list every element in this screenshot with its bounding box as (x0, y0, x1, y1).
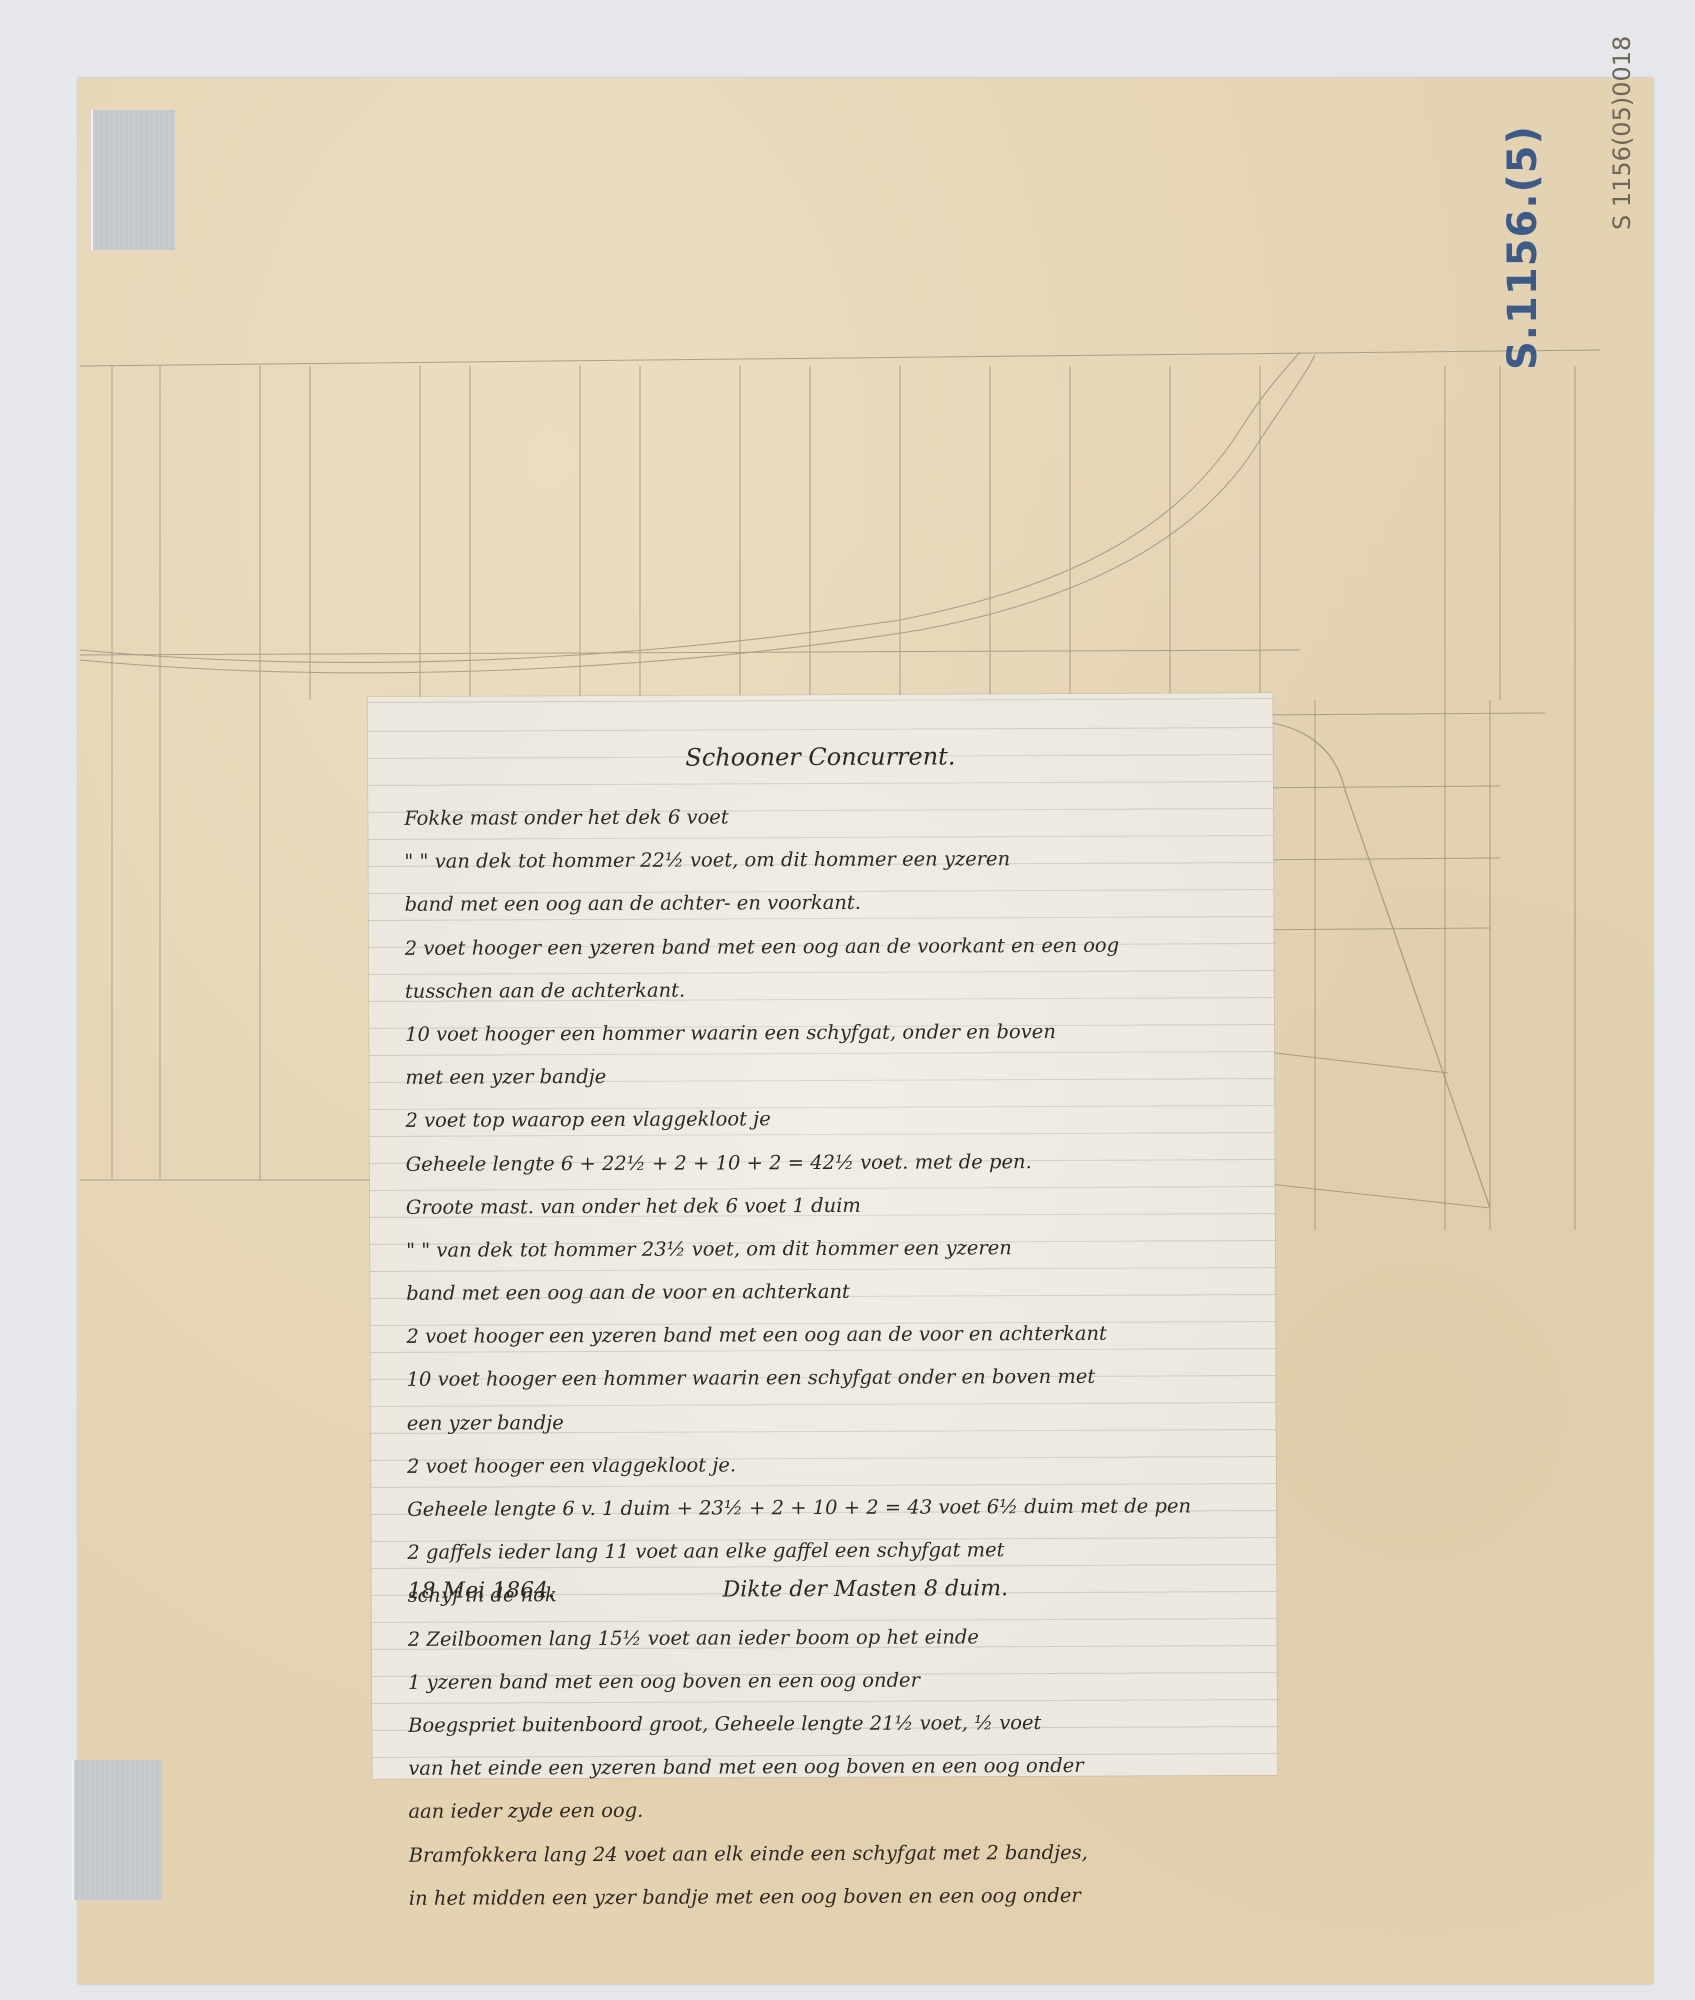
note-line: Geheele lengte 6 + 22½ + 2 + 10 + 2 = 42… (406, 1139, 1251, 1186)
note-line: Groote mast. van onder het dek 6 voet 1 … (406, 1182, 1251, 1229)
note-line: 2 voet top waarop een vlaggekloot je (405, 1095, 1250, 1142)
note-line: 10 voet hooger een hommer waarin een sch… (407, 1355, 1252, 1402)
note-line: van het einde een yzeren band met een oo… (408, 1743, 1253, 1790)
note-body: Fokke mast onder het dek 6 voet " " van … (404, 793, 1254, 1920)
note-line: tusschen aan de achterkant. (405, 966, 1250, 1013)
pasted-handwritten-note: Schooner Concurrent. Fokke mast onder he… (368, 693, 1278, 1779)
note-line: 1 yzeren band met een oog boven en een o… (408, 1657, 1253, 1704)
note-title: Schooner Concurrent. (368, 741, 1273, 773)
note-line: een yzer bandje (407, 1398, 1252, 1445)
catalog-number-blue: S.1156.(5) (1500, 125, 1546, 370)
note-line: 10 voet hooger een hommer waarin een sch… (405, 1009, 1250, 1056)
note-line: band met een oog aan de voor en achterka… (406, 1268, 1251, 1315)
note-line: in het midden een yzer bandje met een oo… (409, 1873, 1254, 1920)
conservation-tape-bottom (72, 1760, 162, 1900)
note-line: band met een oog aan de achter- en voork… (404, 880, 1249, 927)
note-line: Bramfokkera lang 24 voet aan elk einde e… (409, 1830, 1254, 1877)
note-line: Boegspriet buitenboord groot, Geheele le… (408, 1700, 1253, 1747)
mast-thickness-note: Dikte der Masten 8 duim. (722, 1576, 1008, 1602)
note-line: 2 gaffels ieder lang 11 voet aan elke ga… (407, 1527, 1252, 1574)
note-line: aan ieder zyde een oog. (408, 1786, 1253, 1833)
note-line: " " van dek tot hommer 22½ voet, om dit … (404, 836, 1249, 883)
note-footer: 18 Mei 1864. Dikte der Masten 8 duim. (407, 1575, 1252, 1619)
note-line: Fokke mast onder het dek 6 voet (404, 793, 1249, 840)
catalog-number-pencil: S 1156(05)0018 (1608, 36, 1636, 230)
note-line: 2 Zeilboomen lang 15½ voet aan ieder boo… (408, 1614, 1253, 1661)
catalog-mark-blue: S.1156.(5) (1460, 170, 1610, 370)
note-line: Geheele lengte 6 v. 1 duim + 23½ + 2 + 1… (407, 1484, 1252, 1531)
conservation-tape-top (91, 110, 175, 250)
catalog-mark-pencil: S 1156(05)0018 (1600, 60, 1650, 240)
note-line: 2 voet hooger een yzeren band met een oo… (405, 923, 1250, 970)
note-line: 2 voet hooger een vlaggekloot je. (407, 1441, 1252, 1488)
note-line: " " van dek tot hommer 23½ voet, om dit … (406, 1225, 1251, 1272)
note-line: 2 voet hooger een yzeren band met een oo… (406, 1311, 1251, 1358)
note-line: met een yzer bandje (405, 1052, 1250, 1099)
note-date: 18 Mei 1864. (407, 1578, 555, 1604)
